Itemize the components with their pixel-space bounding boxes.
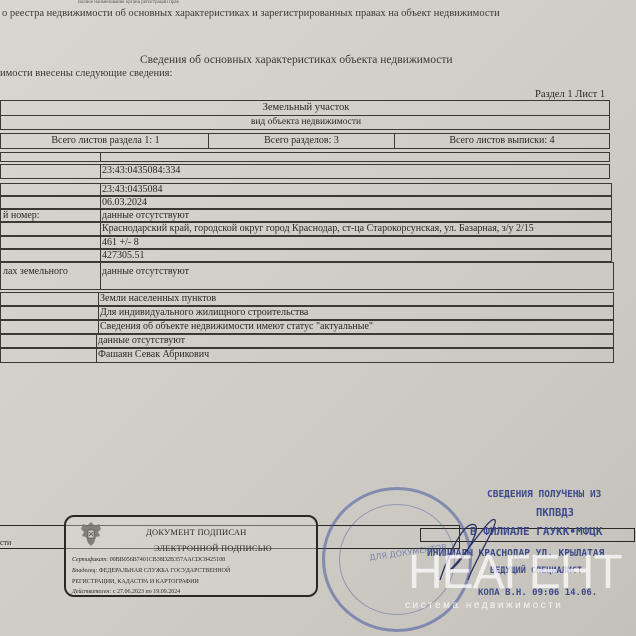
lower-row-label: сти bbox=[0, 538, 11, 547]
table-row: 06.03.2024 bbox=[0, 196, 612, 209]
table-row: й номер: данные отсутствуют bbox=[0, 209, 612, 222]
table-row: Земли населенных пунктов bbox=[0, 292, 614, 306]
row-label: й номер: bbox=[1, 210, 101, 221]
total-sections: Всего разделов: 3 bbox=[207, 134, 395, 148]
record-status: Сведения об объекте недвижимости имеют с… bbox=[98, 321, 373, 333]
permitted-use: Для индивидуального жилищного строительс… bbox=[98, 307, 308, 319]
owner-value: ФЕДЕРАЛЬНАЯ СЛУЖБА ГОСУДАРСТВЕННОЙ bbox=[99, 568, 230, 574]
object-type-caption-row: вид объекта недвижимости bbox=[0, 115, 610, 130]
object-type: Земельный участок bbox=[1, 101, 609, 115]
previous-number: данные отсутствуют bbox=[100, 210, 189, 221]
object-type-row: Земельный участок bbox=[0, 100, 610, 116]
address: Краснодарский край, городской округ горо… bbox=[100, 223, 534, 235]
cadastral-quarter: 23:43:0435084 bbox=[100, 184, 163, 195]
table-row bbox=[0, 152, 610, 162]
row-label bbox=[1, 197, 101, 208]
table-row: Фашаян Севак Абрикович bbox=[0, 348, 614, 363]
assignment-date: 06.03.2024 bbox=[100, 197, 147, 208]
received-stamp-line1: СВЕДЕНИЯ ПОЛУЧЕНЫ ИЗ bbox=[487, 489, 601, 500]
registrar-caption: полное наименование органа регистрации п… bbox=[78, 0, 179, 5]
owner-line: Владелец: ФЕДЕРАЛЬНАЯ СЛУЖБА ГОСУДАРСТВЕ… bbox=[72, 568, 230, 574]
table-row: лах земельного данные отсутствуют bbox=[0, 262, 614, 290]
row-label bbox=[1, 223, 101, 235]
validity-value: с 27.06.2023 по 19.09.2024 bbox=[113, 589, 180, 595]
owner-value-cont: РЕГИСТРАЦИИ, КАДАСТРА И КАРТОГРАФИИ bbox=[72, 579, 199, 585]
row-label bbox=[1, 165, 101, 178]
table-row: данные отсутствуют bbox=[0, 334, 614, 348]
watermark-logo: НЕАГЕНТ bbox=[408, 545, 622, 600]
owner-label: Владелец: bbox=[72, 568, 97, 574]
total-sheets-extract: Всего листов выписки: 4 bbox=[393, 134, 609, 148]
table-row: 23:43:0435084 bbox=[0, 183, 612, 196]
certificate-label: Сертификат: bbox=[72, 557, 108, 563]
totals-row: Всего листов раздела 1: 1 Всего разделов… bbox=[0, 133, 610, 149]
signed-heading: ДОКУМЕНТ ПОДПИСАН bbox=[146, 527, 247, 537]
row-label bbox=[1, 307, 99, 319]
row-label bbox=[1, 335, 97, 347]
row-label bbox=[1, 184, 101, 195]
cadastral-number: 23:43:0435084:334 bbox=[100, 165, 180, 178]
watermark-tagline: система недвижимости bbox=[405, 600, 563, 611]
validity-line: Действителен: с 27.06.2023 по 19.09.2024 bbox=[72, 589, 180, 595]
certificate-value: 00BB056B7401CB38D2B357AACDC8425108 bbox=[110, 557, 225, 563]
row-label: лах земельного bbox=[1, 263, 101, 289]
table-row: Для индивидуального жилищного строительс… bbox=[0, 306, 614, 320]
section-subtitle: Сведения об основных характеристиках объ… bbox=[140, 54, 453, 66]
row-label bbox=[1, 321, 99, 333]
signed-subheading: ЭЛЕКТРОННОЙ ПОДПИСЬЮ bbox=[154, 543, 272, 553]
table-row: Краснодарский край, городской округ горо… bbox=[0, 222, 612, 236]
cadastral-value: 427305.51 bbox=[100, 250, 145, 261]
owner-name: Фашаян Севак Абрикович bbox=[96, 349, 209, 362]
table-row: 427305.51 bbox=[0, 249, 612, 262]
coat-of-arms-icon bbox=[78, 519, 104, 549]
total-sheets-section: Всего листов раздела 1: 1 bbox=[1, 134, 209, 148]
table-row: 23:43:0435084:334 bbox=[0, 164, 610, 179]
row-label bbox=[1, 153, 101, 161]
validity-label: Действителен: bbox=[72, 589, 111, 595]
row-label bbox=[1, 349, 97, 362]
electronic-signature-stamp: ДОКУМЕНТ ПОДПИСАН ЭЛЕКТРОННОЙ ПОДПИСЬЮ С… bbox=[64, 515, 318, 597]
received-stamp-line2: ПКПВД3 bbox=[536, 507, 574, 519]
table-row: Сведения об объекте недвижимости имеют с… bbox=[0, 320, 614, 334]
row-label bbox=[1, 250, 101, 261]
table-row: 461 +/- 8 bbox=[0, 236, 612, 249]
objects-within-plot: данные отсутствуют bbox=[100, 263, 189, 289]
area: 461 +/- 8 bbox=[100, 237, 139, 248]
row-label bbox=[1, 237, 101, 248]
special-notes: данные отсутствуют bbox=[96, 335, 185, 347]
land-category: Земли населенных пунктов bbox=[98, 293, 216, 305]
intro-text: имости внесены следующие сведения: bbox=[0, 68, 172, 79]
section-sheet-ref: Раздел 1 Лист 1 bbox=[535, 89, 605, 100]
row-label bbox=[1, 293, 99, 305]
document-title: о реестра недвижимости об основных харак… bbox=[2, 8, 500, 19]
object-type-caption: вид объекта недвижимости bbox=[1, 116, 609, 129]
certificate-line: Сертификат: 00BB056B7401CB38D2B357AACDC8… bbox=[72, 557, 225, 563]
